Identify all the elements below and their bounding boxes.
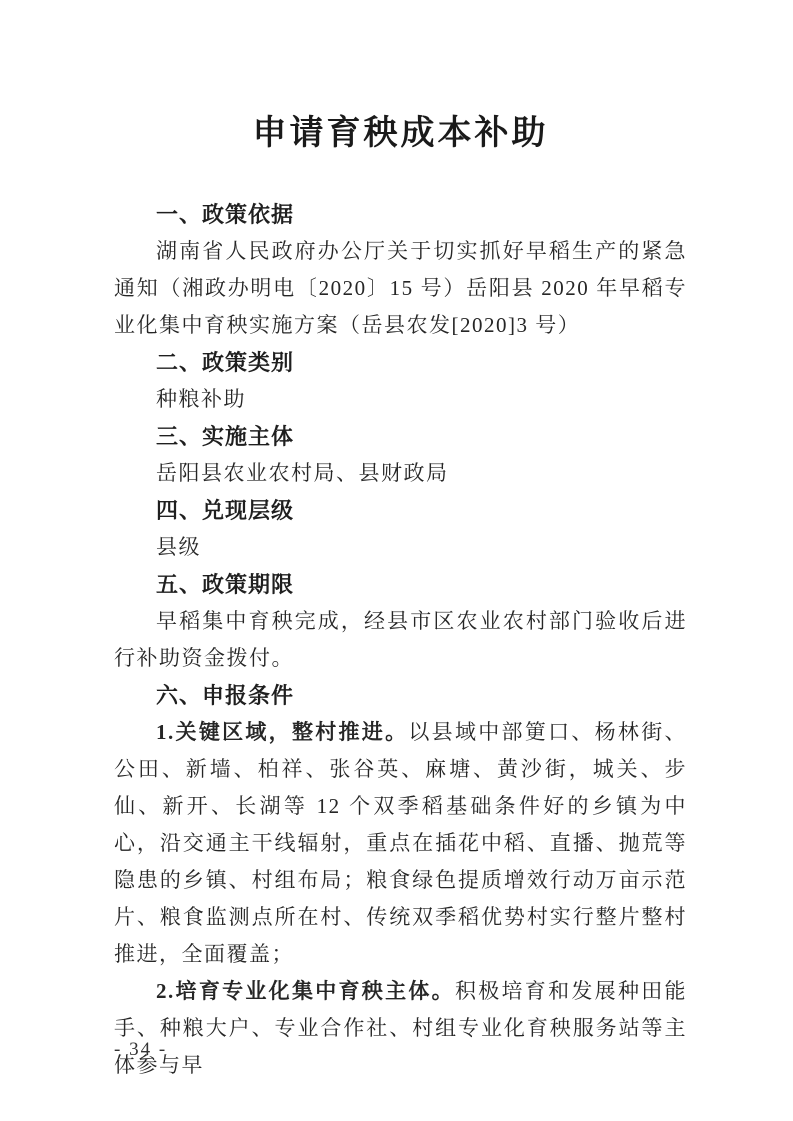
- page-number: - 34 -: [114, 1039, 167, 1061]
- section-policy-basis-paragraph: 湖南省人民政府办公厅关于切实抓好早稻生产的紧急通知（湘政办明电〔2020〕15 …: [114, 233, 687, 344]
- condition-item-1: 1.关键区域，整村推进。以县域中部筻口、杨林街、公田、新墙、柏祥、张谷英、麻塘、…: [114, 714, 687, 973]
- condition-item-2: 2.培育专业化集中育秧主体。积极培育和发展种田能手、种粮大户、专业合作社、村组专…: [114, 973, 687, 1084]
- condition-item-1-lead: 1.关键区域，整村推进。: [156, 720, 408, 744]
- section-policy-category-heading: 二、政策类别: [114, 344, 687, 381]
- section-policy-category-paragraph: 种粮补助: [114, 381, 687, 418]
- section-implementing-body-paragraph: 岳阳县农业农村局、县财政局: [114, 455, 687, 492]
- section-policy-basis: 一、政策依据 湖南省人民政府办公厅关于切实抓好早稻生产的紧急通知（湘政办明电〔2…: [114, 196, 687, 344]
- section-policy-category: 二、政策类别 种粮补助: [114, 344, 687, 418]
- document-title: 申请育秧成本补助: [114, 110, 687, 158]
- section-policy-period: 五、政策期限 早稻集中育秧完成，经县市区农业农村部门验收后进行补助资金拨付。: [114, 566, 687, 677]
- section-payment-level: 四、兑现层级 县级: [114, 492, 687, 566]
- section-implementing-body: 三、实施主体 岳阳县农业农村局、县财政局: [114, 418, 687, 492]
- section-application-conditions: 六、申报条件 1.关键区域，整村推进。以县域中部筻口、杨林街、公田、新墙、柏祥、…: [114, 677, 687, 1084]
- section-payment-level-heading: 四、兑现层级: [114, 492, 687, 529]
- condition-item-1-text: 以县域中部筻口、杨林街、公田、新墙、柏祥、张谷英、麻塘、黄沙街，城关、步仙、新开…: [114, 720, 687, 966]
- document-page: 申请育秧成本补助 一、政策依据 湖南省人民政府办公厅关于切实抓好早稻生产的紧急通…: [0, 0, 793, 1121]
- section-application-conditions-heading: 六、申报条件: [114, 677, 687, 714]
- section-policy-period-heading: 五、政策期限: [114, 566, 687, 603]
- section-policy-basis-heading: 一、政策依据: [114, 196, 687, 233]
- section-implementing-body-heading: 三、实施主体: [114, 418, 687, 455]
- section-payment-level-paragraph: 县级: [114, 529, 687, 566]
- condition-item-2-lead: 2.培育专业化集中育秧主体。: [156, 979, 455, 1003]
- section-policy-period-paragraph: 早稻集中育秧完成，经县市区农业农村部门验收后进行补助资金拨付。: [114, 603, 687, 677]
